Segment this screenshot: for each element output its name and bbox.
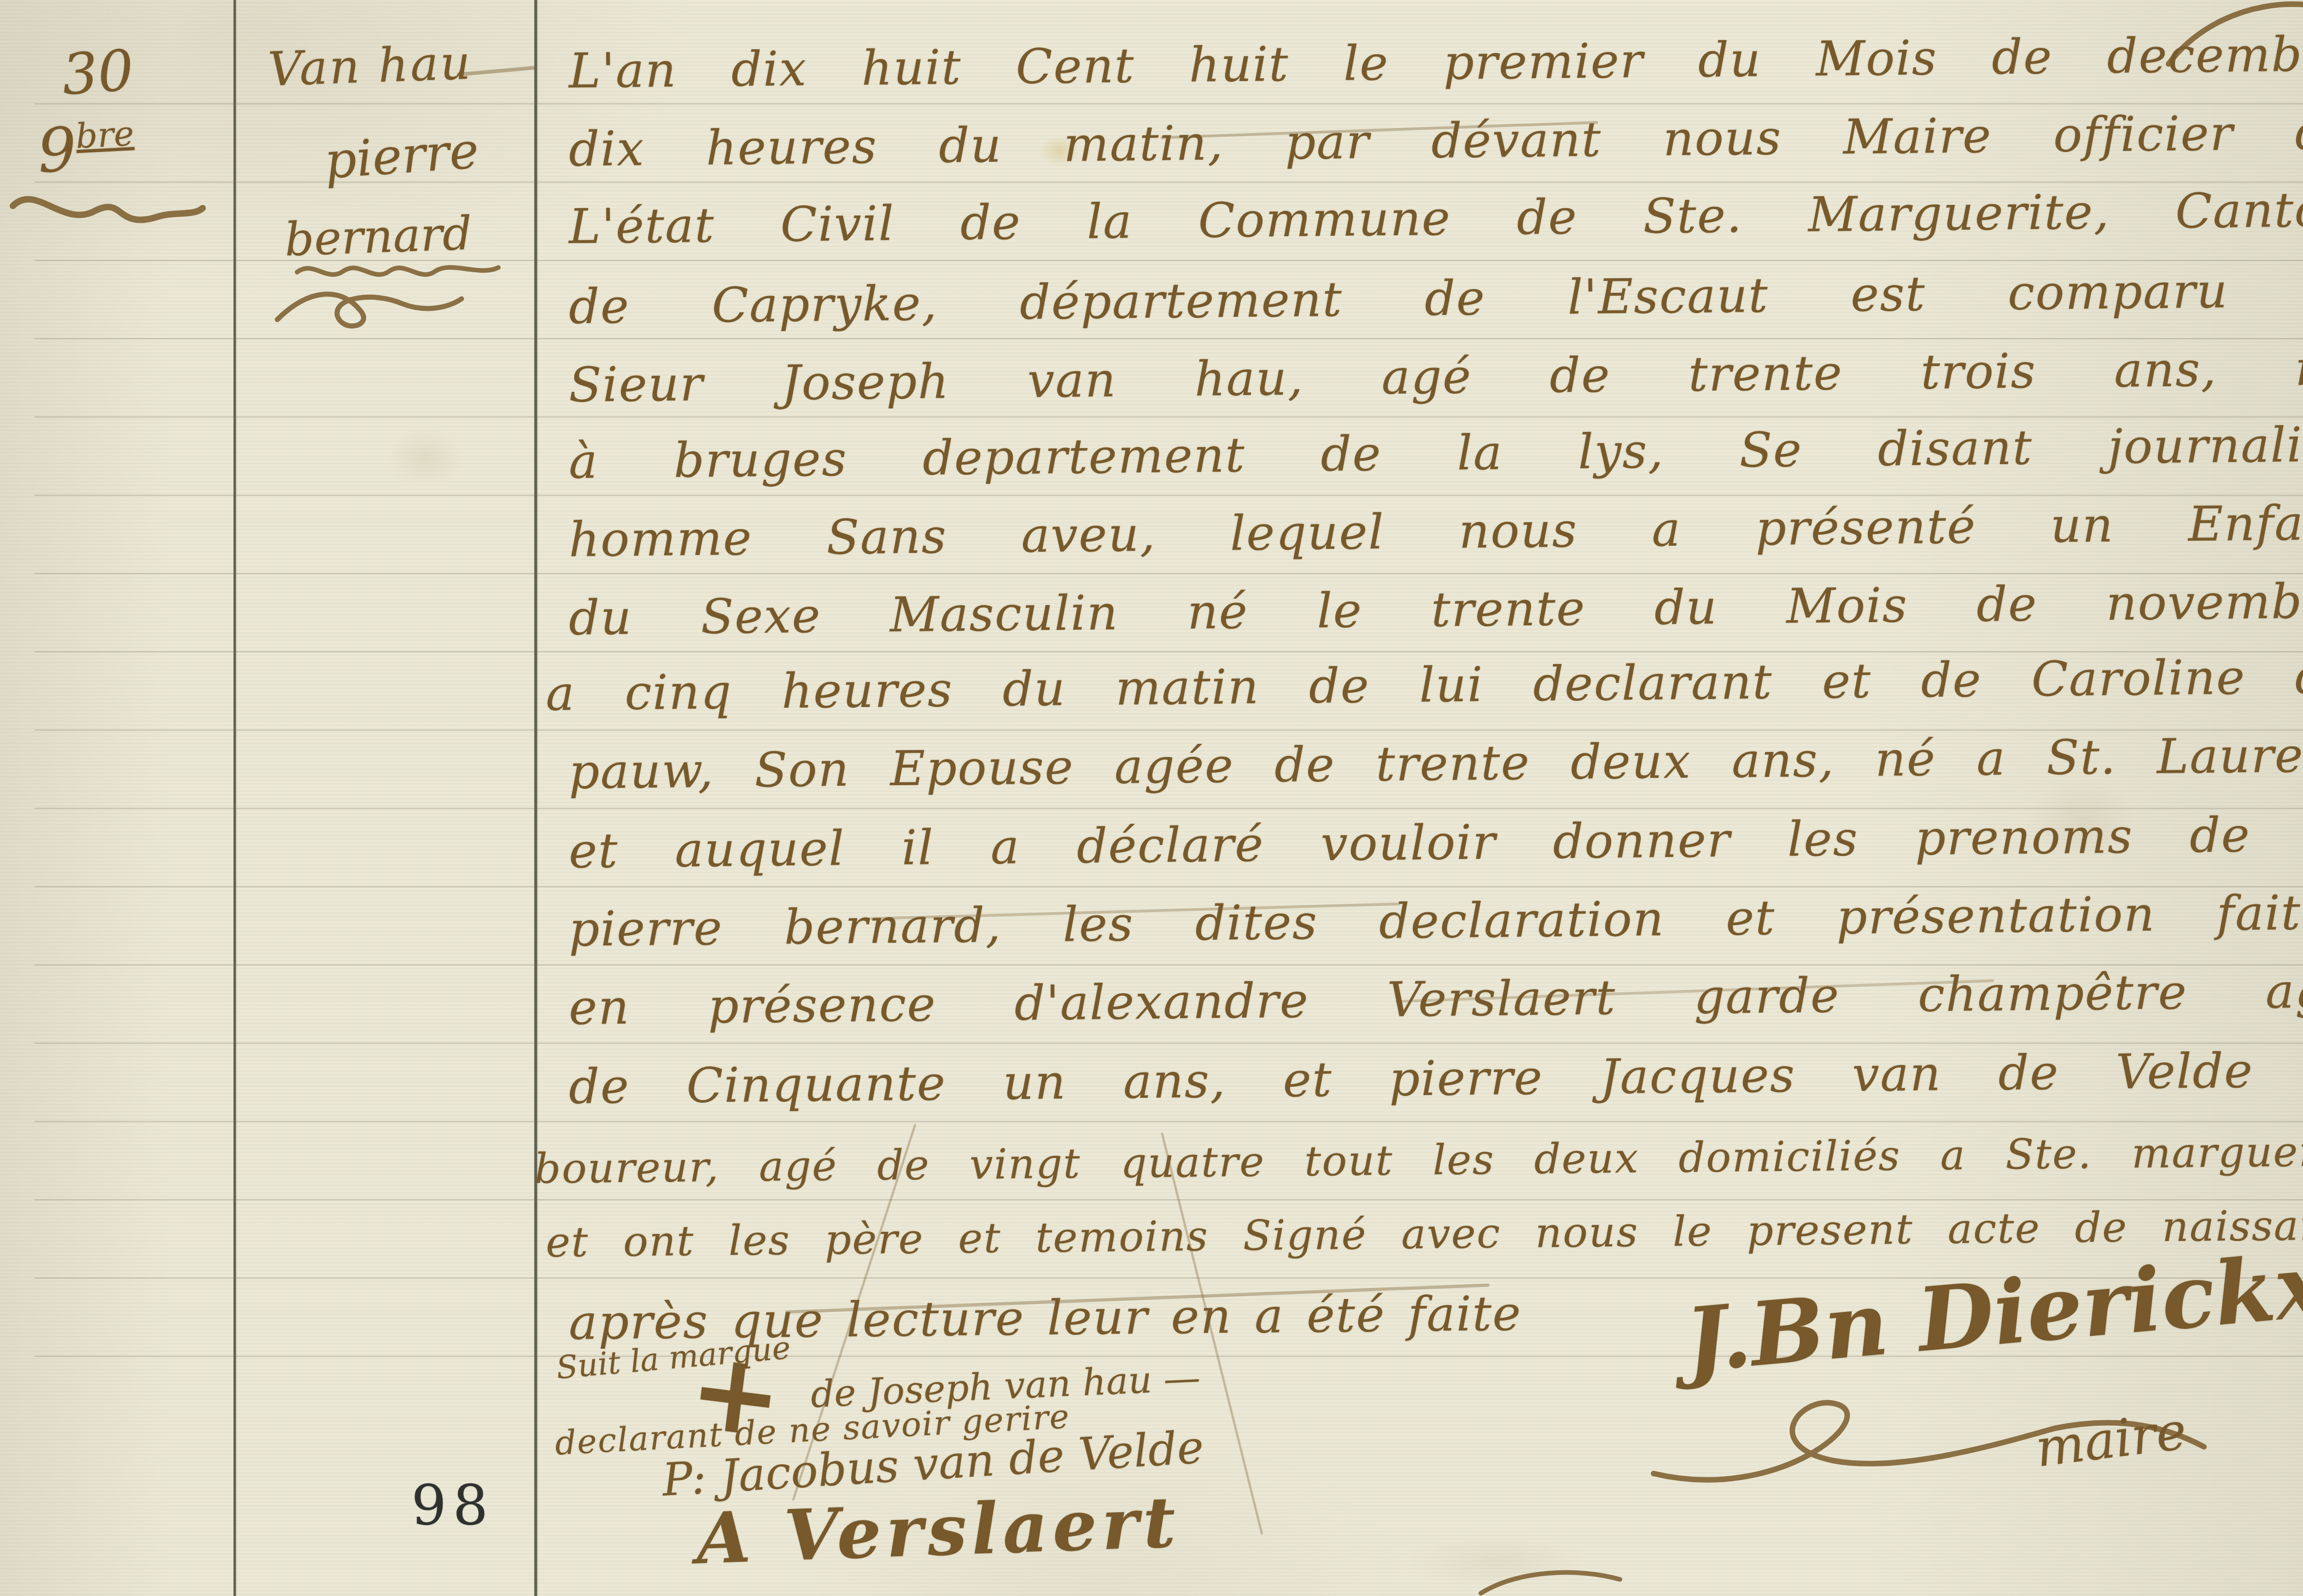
act-line-8: du Sexe Masculin né le trente du Mois de…	[568, 576, 2303, 643]
margin-month: 9bre	[36, 111, 136, 187]
act-line-5: Sieur Joseph van hau, agé de trente troi…	[568, 343, 2303, 410]
act-line-14: de Cinquante un ans, et pierre Jacques v…	[568, 1045, 2303, 1112]
act-line-2: dix heures du matin, par dévant nous Mai…	[568, 107, 2303, 175]
signature-verslaert: A Verslaert	[695, 1480, 1181, 1580]
top-edge-flourish	[2159, 0, 2303, 66]
act-line-16: et ont les père et temoins Signé avec no…	[546, 1204, 2303, 1265]
margin-flourish	[8, 181, 206, 233]
margin-name-surname: Van hau	[267, 35, 473, 97]
act-line-3: L'état Civil de la Commune de Ste. Margu…	[568, 185, 2303, 252]
margin-day: 30	[60, 37, 136, 107]
margin-curl	[273, 282, 466, 333]
margin-month-sup: bre	[75, 114, 135, 156]
column-rule-main	[534, 0, 537, 1596]
act-line-6: à bruges departement de la lys, Se disan…	[568, 419, 2303, 487]
act-line-15: boureur, agé de vingt quatre tout les de…	[534, 1130, 2303, 1191]
margin-squiggle	[295, 256, 502, 285]
bottom-edge-flourish	[1476, 1565, 1624, 1596]
act-line-10: pauw, Son Epouse agée de trente deux ans…	[568, 730, 2303, 797]
act-line-12: pierre bernard, les dites declaration et…	[568, 887, 2303, 955]
column-rule-left	[234, 0, 236, 1596]
act-line-9: a cinq heures du matin de lui declarant …	[545, 651, 2303, 719]
page-number: 98	[411, 1474, 495, 1538]
register-page: 30 9bre Van hau pierre bernard L'an dix …	[0, 0, 2303, 1596]
paper-stain	[387, 428, 465, 488]
act-line-11: et auquel il a déclaré vouloir donner le…	[568, 809, 2303, 876]
act-line-1: L'an dix huit Cent huit le premier du Mo…	[568, 29, 2303, 96]
margin-name-first: pierre	[323, 122, 481, 190]
act-line-4: de Capryke, département de l'Escaut est …	[568, 265, 2303, 332]
act-line-7: homme Sans aveu, lequel nous a présenté …	[568, 498, 2303, 565]
margin-month-base: 9	[36, 114, 78, 187]
